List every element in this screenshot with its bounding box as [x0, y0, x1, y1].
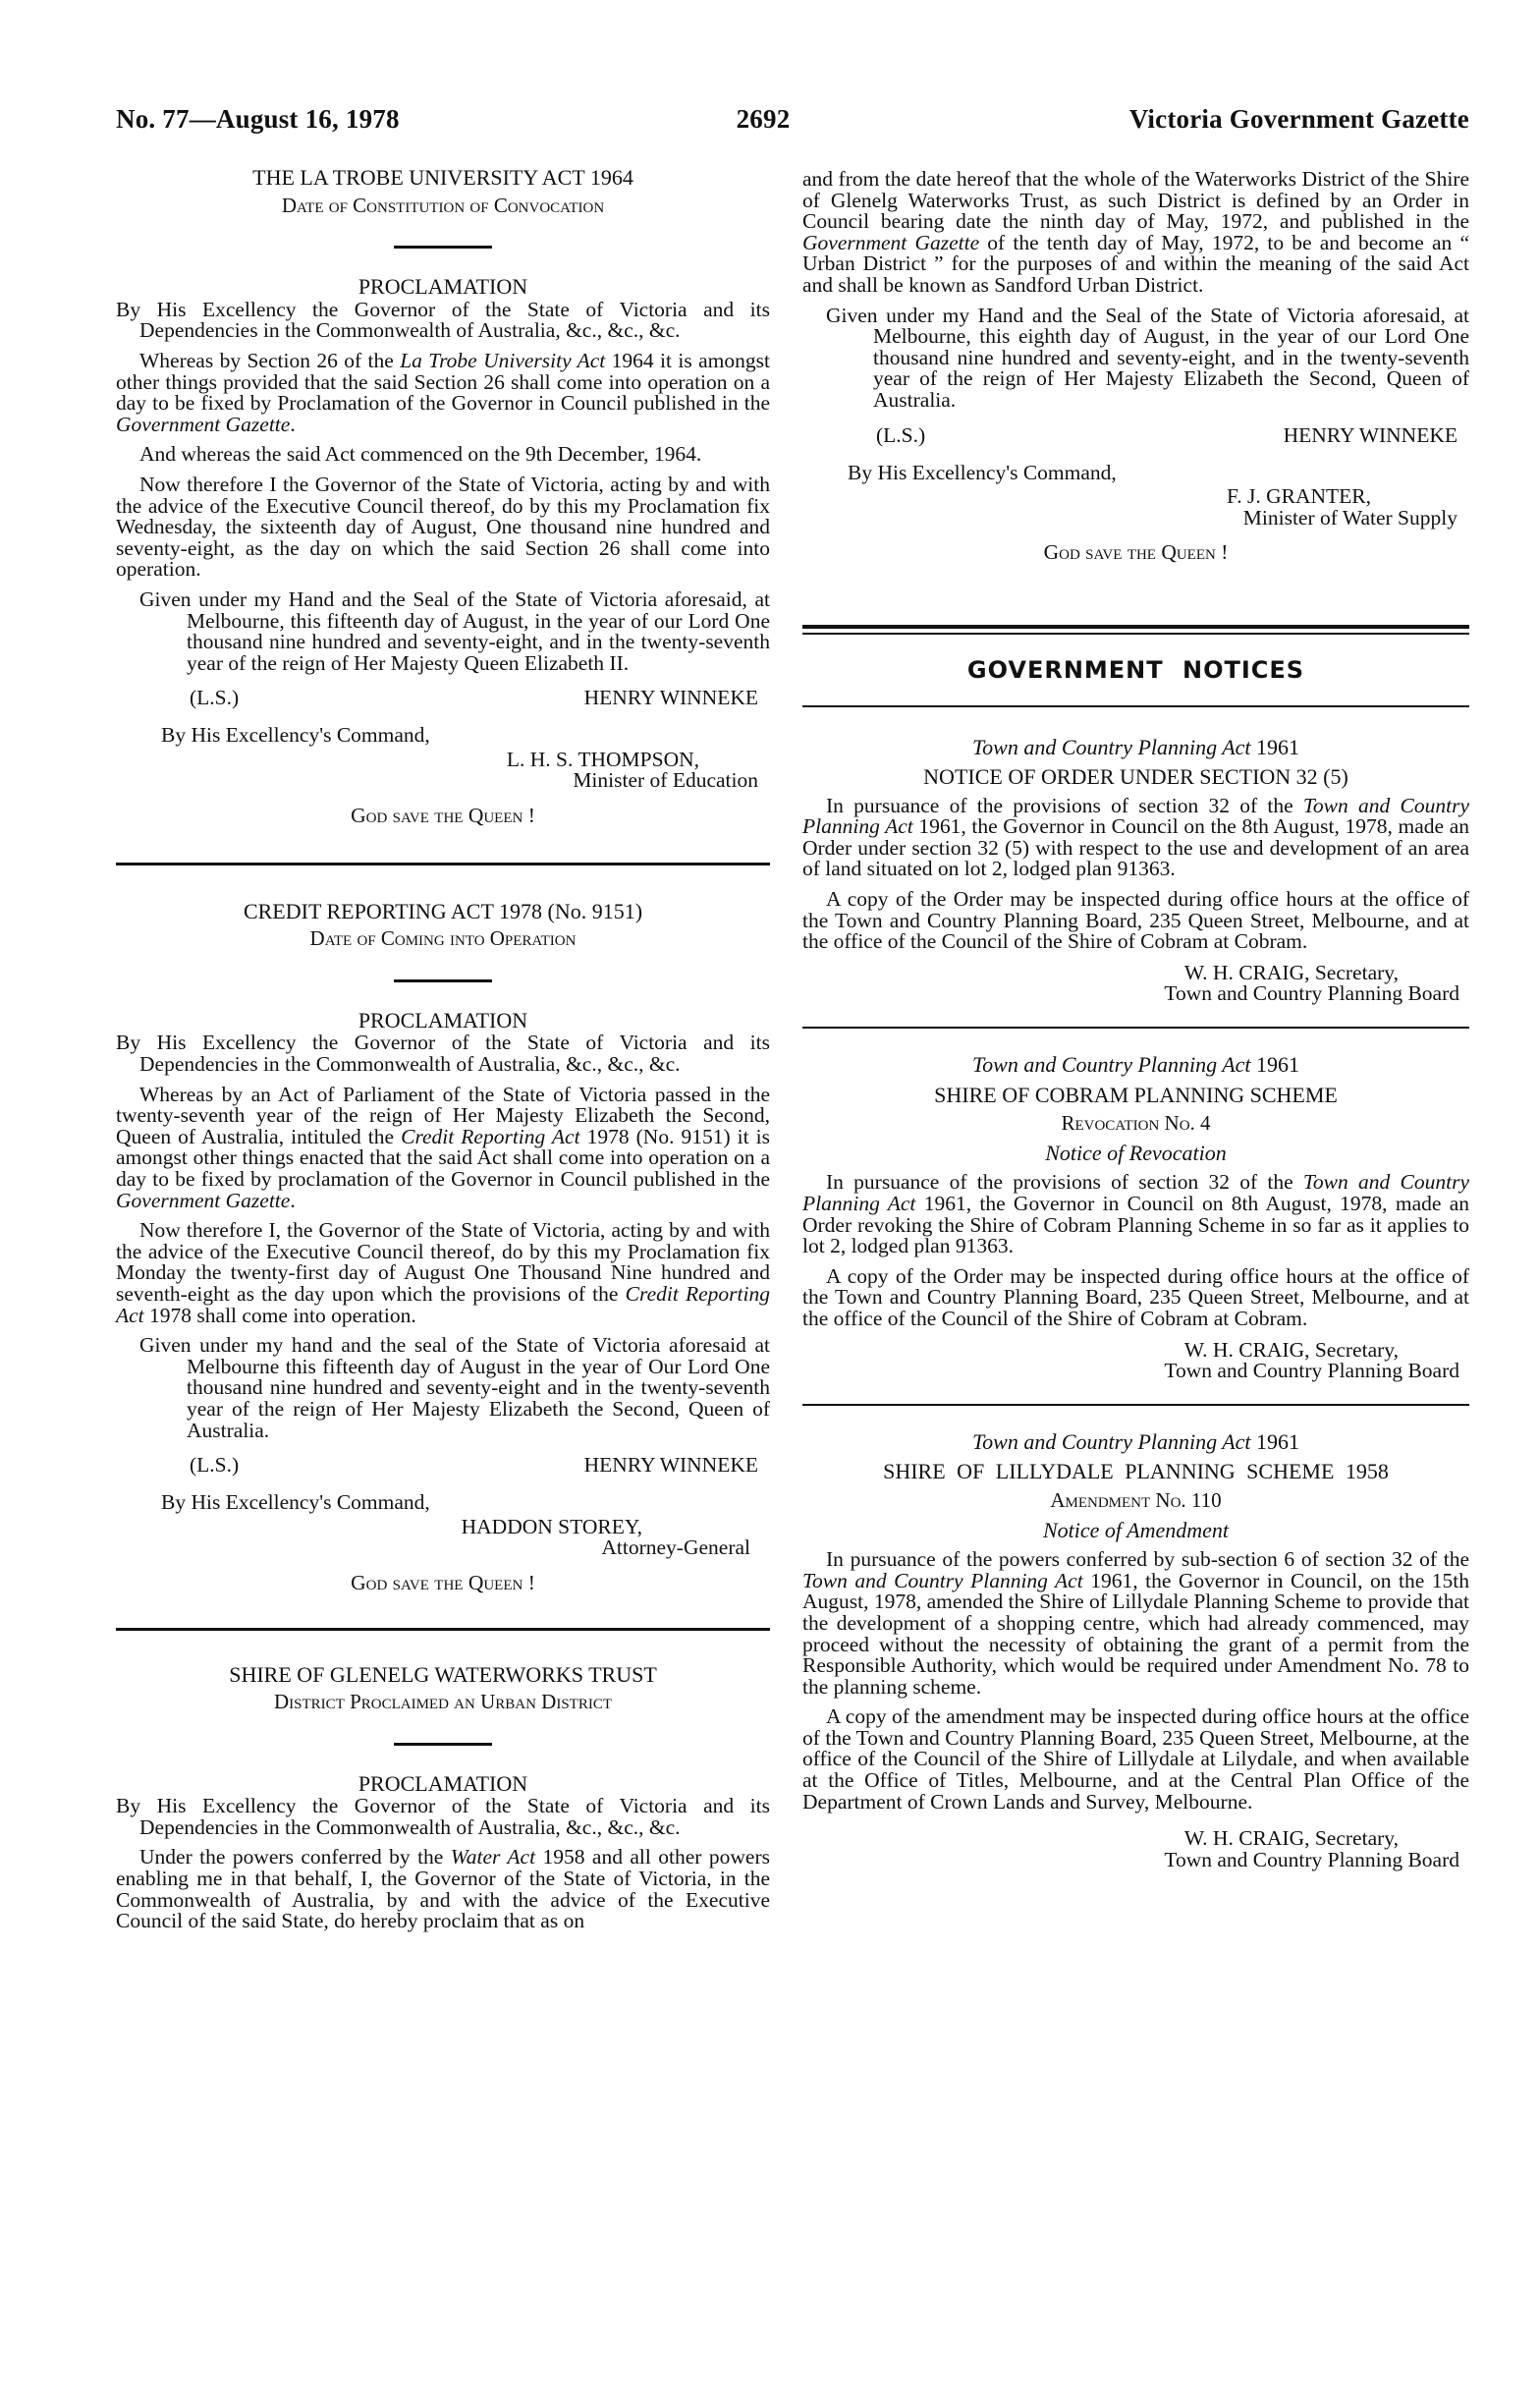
by-excellency: By His Excellency the Governor of the St…: [116, 1796, 770, 1838]
signer-office: Attorney-General: [116, 1537, 770, 1559]
cobram-revocation-notice: Town and Country Planning Act 1961 SHIRE…: [802, 1054, 1469, 1382]
proclamation-heading: PROCLAMATION: [116, 1010, 770, 1032]
god-save-the-queen: God save the Queen !: [802, 542, 1469, 564]
copy-inspection-paragraph: A copy of the amendment may be inspected…: [802, 1706, 1469, 1813]
notice-title: THE LA TROBE UNIVERSITY ACT 1964: [116, 167, 770, 189]
signer-name: W. H. CRAIG, Secretary,: [802, 963, 1469, 984]
proclamation-heading: PROCLAMATION: [116, 1773, 770, 1795]
copy-inspection-paragraph: A copy of the Order may be inspected dur…: [802, 1266, 1469, 1330]
god-save-the-queen: God save the Queen !: [116, 806, 770, 827]
notice-title: NOTICE OF ORDER UNDER SECTION 32 (5): [802, 766, 1469, 788]
excellency-command: By His Excellency's Command,: [116, 725, 770, 747]
pursuance-paragraph: In pursuance of the provisions of sectio…: [802, 1172, 1469, 1256]
publication-title: Victoria Government Gazette: [1129, 104, 1469, 135]
whereas-commenced-paragraph: And whereas the said Act commenced on th…: [116, 444, 770, 466]
glenelg-notice-continued: and from the date hereof that the whole …: [802, 169, 1469, 564]
signer-office: Minister of Education: [116, 770, 770, 792]
left-column: THE LA TROBE UNIVERSITY ACT 1964 Date of…: [116, 167, 770, 1941]
by-excellency: By His Excellency the Governor of the St…: [116, 1033, 770, 1075]
signer-block: L. H. S. THOMPSON, Minister of Education: [116, 750, 770, 792]
now-therefore-paragraph: Now therefore I, the Governor of the Sta…: [116, 1220, 770, 1326]
governor-name: HENRY WINNEKE: [1284, 425, 1457, 447]
notice-title: CREDIT REPORTING ACT 1978 (No. 9151): [116, 901, 770, 922]
act-name: Town and Country Planning Act 1961: [802, 737, 1469, 758]
act-name: Town and Country Planning Act 1961: [802, 1431, 1469, 1453]
la-trobe-notice: THE LA TROBE UNIVERSITY ACT 1964 Date of…: [116, 167, 770, 827]
section-divider: [802, 1027, 1469, 1029]
signer-office: Minister of Water Supply: [802, 508, 1469, 530]
proclamation-continuation: and from the date hereof that the whole …: [802, 169, 1469, 297]
notice-of-order: Town and Country Planning Act 1961 NOTIC…: [802, 737, 1469, 1006]
signer-block: F. J. GRANTER, Minister of Water Supply: [802, 486, 1469, 529]
excellency-command: By His Excellency's Command,: [802, 463, 1469, 484]
seal-mark: (L.S.): [190, 688, 239, 709]
god-save-the-queen: God save the Queen !: [116, 1573, 770, 1594]
section-divider: [802, 705, 1469, 707]
signer-block: W. H. CRAIG, Secretary, Town and Country…: [802, 1340, 1469, 1382]
signer-office: Town and Country Planning Board: [802, 983, 1469, 1005]
right-column: and from the date hereof that the whole …: [802, 169, 1469, 1870]
governor-name: HENRY WINNEKE: [584, 688, 758, 709]
signer-name: F. J. GRANTER,: [802, 486, 1469, 508]
notice-subtitle: Date of Coming into Operation: [116, 928, 770, 950]
short-divider: [394, 1743, 492, 1746]
given-under-hand: Given under my Hand and the Seal of the …: [116, 589, 770, 674]
excellency-command: By His Excellency's Command,: [116, 1492, 770, 1514]
notice-subtitle: Notice of Revocation: [802, 1143, 1469, 1164]
revocation-number: Revocation No. 4: [802, 1113, 1469, 1135]
seal-signature-row: (L.S.) HENRY WINNEKE: [116, 1455, 770, 1479]
governor-name: HENRY WINNEKE: [584, 1455, 758, 1477]
notice-title: SHIRE OF LILLYDALE PLANNING SCHEME 1958: [802, 1461, 1469, 1482]
notice-subtitle: District Proclaimed an Urban District: [116, 1692, 770, 1713]
section-divider: [802, 1404, 1469, 1406]
signer-name: W. H. CRAIG, Secretary,: [802, 1340, 1469, 1362]
notice-title: SHIRE OF COBRAM PLANNING SCHEME: [802, 1085, 1469, 1106]
pursuance-paragraph: In pursuance of the powers conferred by …: [802, 1549, 1469, 1698]
signer-name: L. H. S. THOMPSON,: [116, 750, 770, 771]
signer-office: Town and Country Planning Board: [802, 1361, 1469, 1382]
notice-title: SHIRE OF GLENELG WATERWORKS TRUST: [116, 1664, 770, 1686]
pursuance-paragraph: In pursuance of the provisions of sectio…: [802, 796, 1469, 880]
seal-mark: (L.S.): [190, 1455, 239, 1477]
signer-block: W. H. CRAIG, Secretary, Town and Country…: [802, 1828, 1469, 1870]
page-header: No. 77—August 16, 1978 2692 Victoria Gov…: [116, 104, 1469, 140]
seal-signature-row: (L.S.) HENRY WINNEKE: [116, 688, 770, 711]
lillydale-amendment-notice: Town and Country Planning Act 1961 SHIRE…: [802, 1431, 1469, 1871]
whereas-paragraph: Whereas by an Act of Parliament of the S…: [116, 1085, 770, 1212]
short-divider: [394, 246, 492, 249]
copy-inspection-paragraph: A copy of the Order may be inspected dur…: [802, 889, 1469, 953]
seal-signature-row: (L.S.) HENRY WINNEKE: [802, 425, 1469, 449]
section-heading: GOVERNMENT NOTICES: [802, 660, 1469, 682]
double-divider: [802, 625, 1469, 635]
whereas-paragraph: Whereas by Section 26 of the La Trobe Un…: [116, 351, 770, 435]
short-divider: [394, 979, 492, 982]
notice-subtitle: Date of Constitution of Convocation: [116, 195, 770, 217]
signer-block: W. H. CRAIG, Secretary, Town and Country…: [802, 963, 1469, 1005]
seal-mark: (L.S.): [876, 425, 925, 447]
given-under-hand: Given under my Hand and the Seal of the …: [802, 306, 1469, 412]
proclamation-heading: PROCLAMATION: [116, 276, 770, 298]
now-therefore-paragraph: Now therefore I the Governor of the Stat…: [116, 474, 770, 581]
amendment-number: Amendment No. 110: [802, 1490, 1469, 1512]
under-powers-paragraph: Under the powers conferred by the Water …: [116, 1847, 770, 1931]
act-name: Town and Country Planning Act 1961: [802, 1054, 1469, 1076]
section-divider: [116, 863, 770, 865]
credit-reporting-notice: CREDIT REPORTING ACT 1978 (No. 9151) Dat…: [116, 901, 770, 1594]
signer-block: HADDON STOREY, Attorney-General: [116, 1517, 770, 1559]
given-under-hand: Given under my hand and the seal of the …: [116, 1335, 770, 1441]
glenelg-notice: SHIRE OF GLENELG WATERWORKS TRUST Distri…: [116, 1664, 770, 1932]
signer-name: W. H. CRAIG, Secretary,: [802, 1828, 1469, 1850]
section-divider: [116, 1628, 770, 1631]
signer-office: Town and Country Planning Board: [802, 1850, 1469, 1871]
notice-subtitle: Notice of Amendment: [802, 1520, 1469, 1541]
signer-name: HADDON STOREY,: [116, 1517, 770, 1538]
by-excellency: By His Excellency the Governor of the St…: [116, 300, 770, 342]
